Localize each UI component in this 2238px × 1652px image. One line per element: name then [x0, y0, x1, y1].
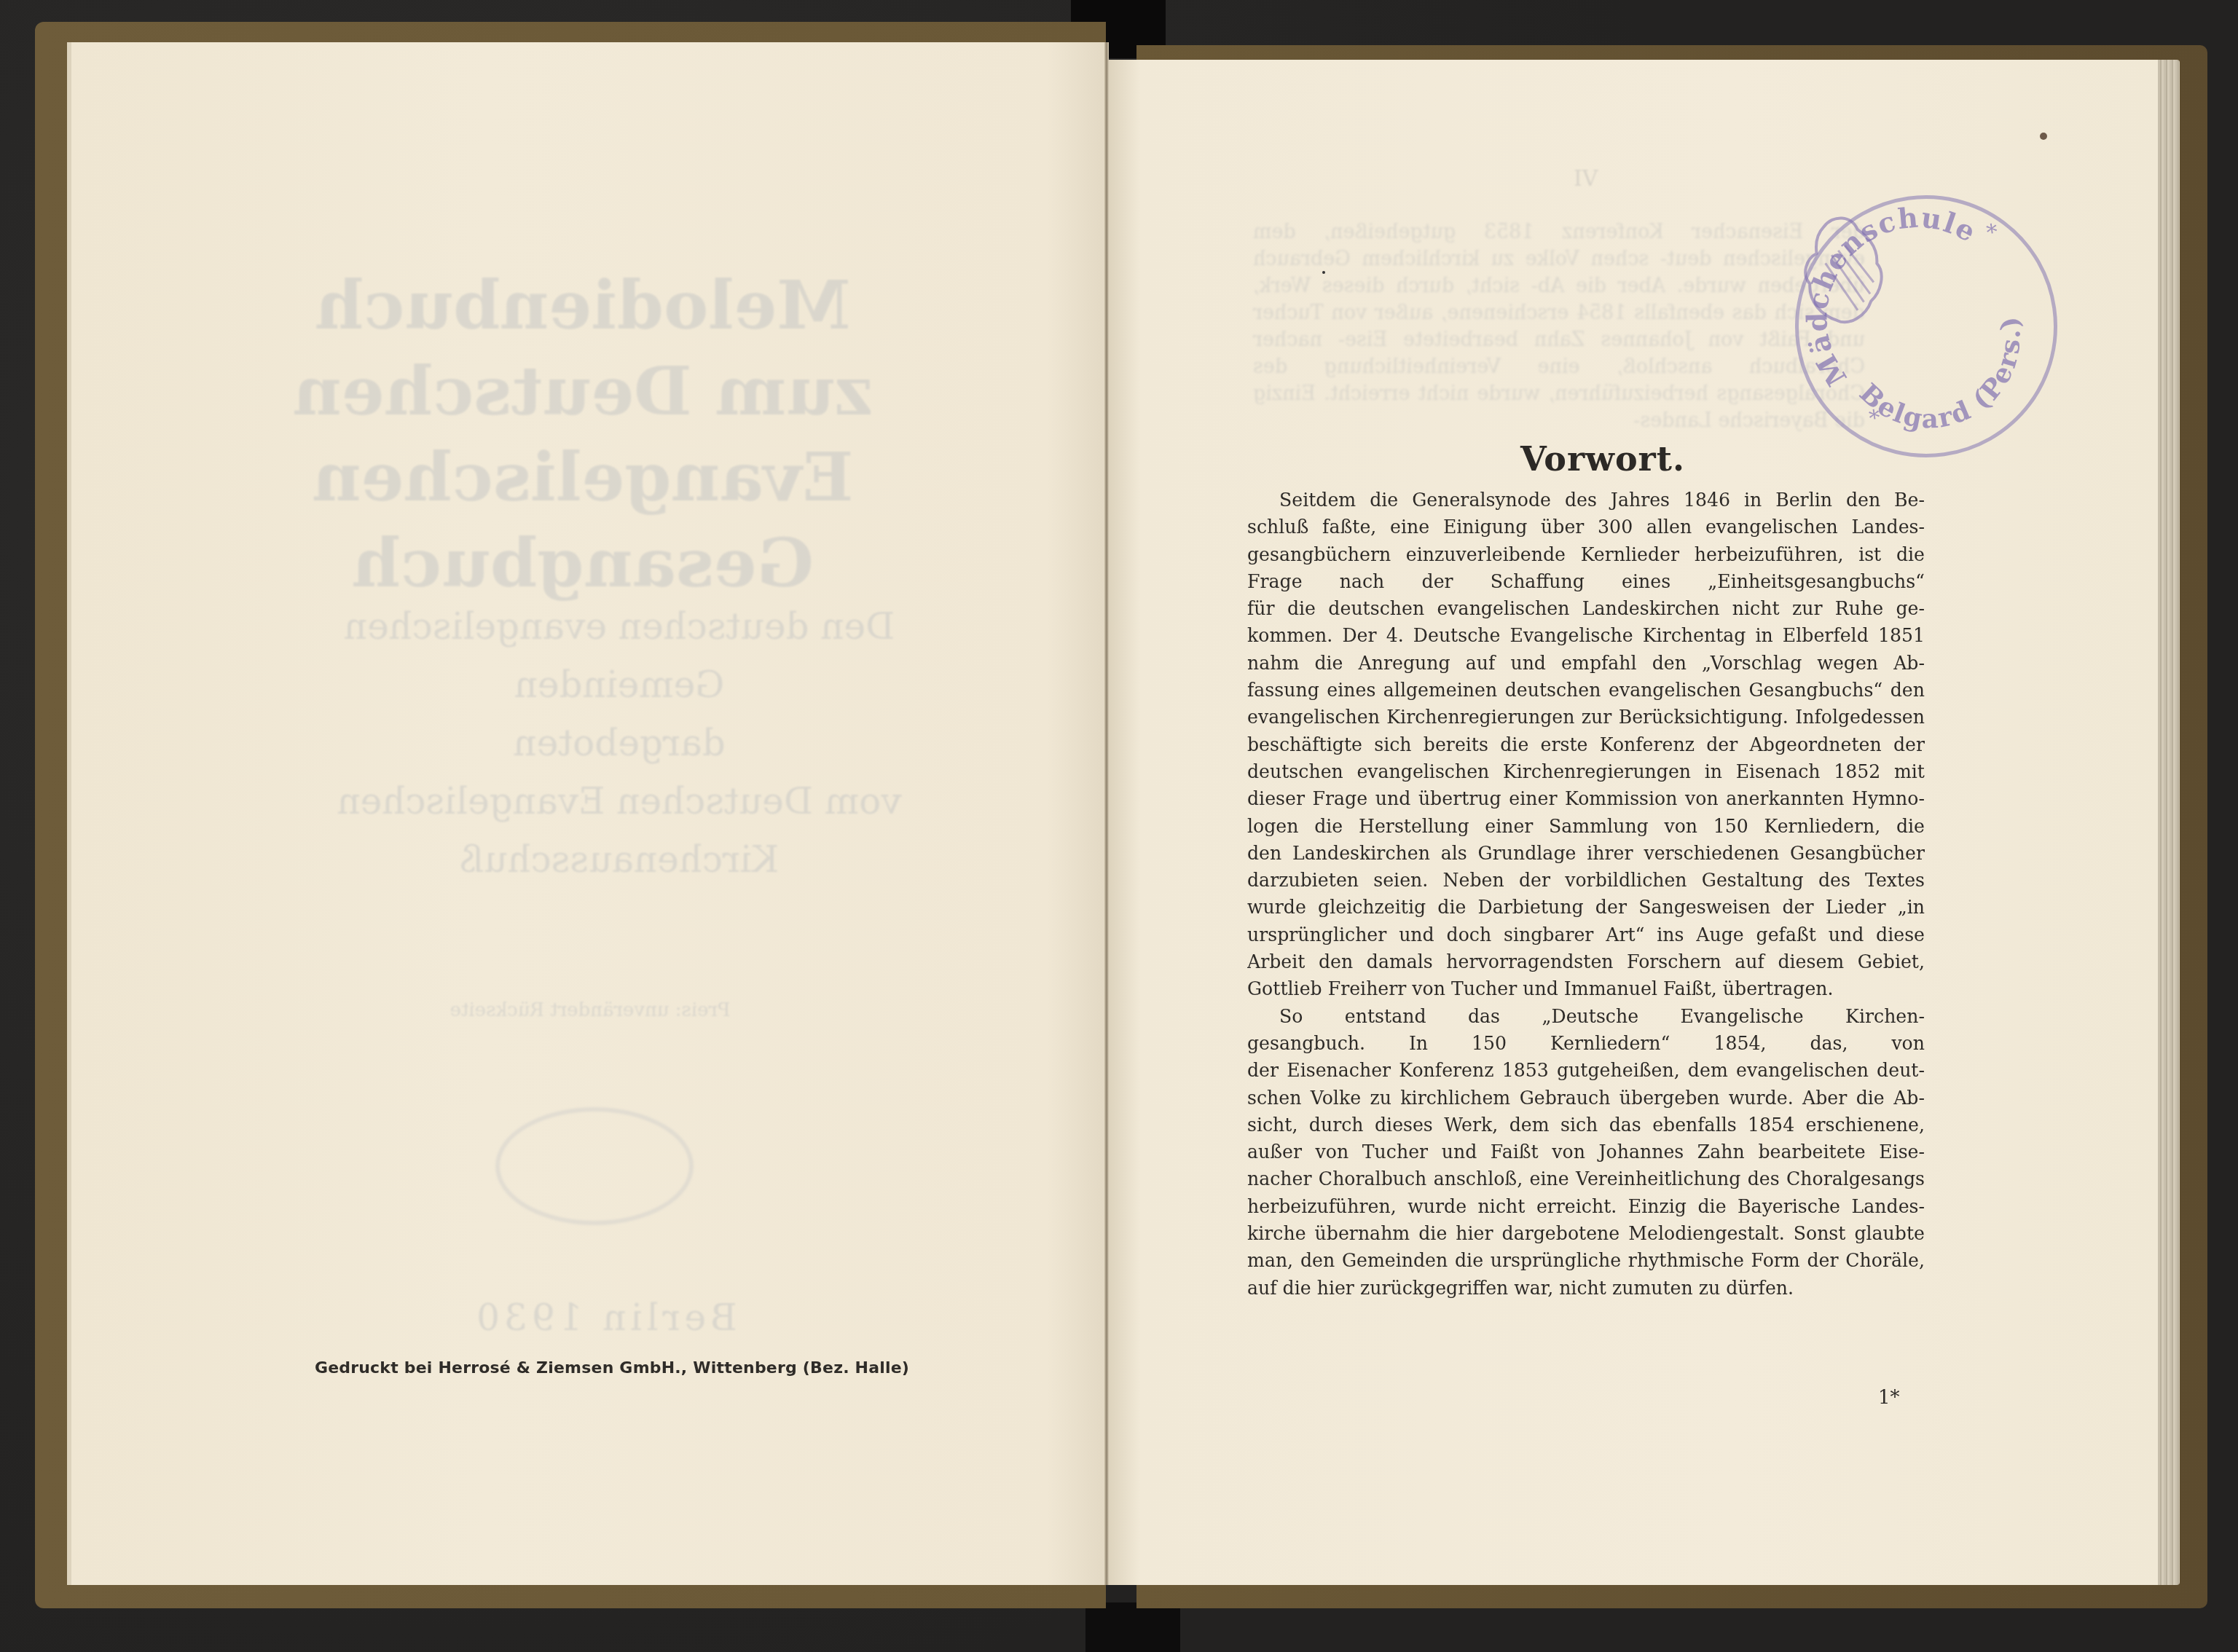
- text-line: gesangbuch. In 150 Kernliedern“ 1854, da…: [1247, 1030, 1925, 1057]
- ghost-subtitle-line: dargeboten: [291, 714, 947, 772]
- text-line: schluß faßte, eine Einigung über 300 all…: [1247, 514, 1925, 540]
- text-line: So entstand das „Deutsche Evangelische K…: [1247, 1003, 1925, 1030]
- spine-gap-bottom: [1085, 1602, 1180, 1652]
- eagle-icon: [1782, 204, 1900, 341]
- text-line: herbeizuführen, wurde nicht erreicht. Ei…: [1247, 1193, 1925, 1220]
- bleed-through-year: Berlin 1930: [437, 1297, 772, 1339]
- text-line: Arbeit den damals hervorragendsten Forsc…: [1247, 948, 1925, 975]
- text-line: schen Volke zu kirchlichem Gebrauch über…: [1247, 1085, 1925, 1112]
- text-line: ursprünglicher und doch singbarer Art“ i…: [1247, 921, 1925, 948]
- paper-speck: [1322, 271, 1325, 274]
- text-line: deutschen evangelischen Kirchenregierung…: [1247, 758, 1925, 785]
- ghost-title-line: zum Deutschen Evangelischen: [175, 348, 991, 520]
- bleed-through-title: Melodienbuch zum Deutschen Evangelischen…: [175, 262, 991, 606]
- text-line: gesangbüchern einzuverleibende Kernliede…: [1247, 541, 1925, 568]
- text-line: der Eisenacher Konferenz 1853 gutgeheiße…: [1247, 1057, 1925, 1084]
- text-line: Seitdem die Generalsynode des Jahres 184…: [1247, 487, 1925, 514]
- text-line: Frage nach der Schaffung eines „Einheits…: [1247, 568, 1925, 595]
- bleed-through-subtitle: Den deutschen evangelischen Gemeinden da…: [291, 597, 947, 889]
- ghost-subtitle-line: Kirchenausschuß: [291, 830, 947, 889]
- bleed-through-folio: IV: [1574, 166, 1598, 192]
- page-edge-stack: [2158, 60, 2180, 1585]
- bleed-through-note: Preis: unverändert Rückseite: [401, 999, 780, 1021]
- ghost-subtitle-line: vom Deutschen Evangelischen: [291, 772, 947, 830]
- text-line: dieser Frage und übertrug einer Kommissi…: [1247, 785, 1925, 812]
- ghost-subtitle-line: Den deutschen evangelischen Gemeinden: [291, 597, 947, 714]
- text-line: fassung eines allgemeinen deutschen evan…: [1247, 677, 1925, 704]
- bleed-through-text-block: der Eisenacher Konferenz 1853 gutgeheiße…: [1253, 219, 1865, 434]
- text-line: Gottlieb Freiherr von Tucher und Immanue…: [1247, 975, 1925, 1002]
- text-line: außer von Tucher und Faißt von Johannes …: [1247, 1138, 1925, 1165]
- text-line: nacher Choralbuch anschloß, eine Vereinh…: [1247, 1165, 1925, 1192]
- text-line: wurde gleichzeitig die Darbietung der Sa…: [1247, 894, 1925, 921]
- paragraph-1: Seitdem die Generalsynode des Jahres 184…: [1247, 487, 1925, 1003]
- bleed-through-library-stamp: [495, 1107, 694, 1225]
- ghost-title-line: Melodienbuch: [175, 262, 991, 348]
- preface-body: Seitdem die Generalsynode des Jahres 184…: [1247, 487, 1925, 1302]
- text-line: logen die Herstellung einer Sammlung von…: [1247, 813, 1925, 840]
- page-number: 1*: [1878, 1387, 1900, 1409]
- page-heading: Vorwort.: [1238, 439, 1967, 479]
- text-line: kirche übernahm die hier dargebotene Mel…: [1247, 1220, 1925, 1247]
- paragraph-2: So entstand das „Deutsche Evangelische K…: [1247, 1003, 1925, 1302]
- text-line: auf die hier zurückgegriffen war, nicht …: [1247, 1275, 1925, 1302]
- stamp-star: *: [1985, 219, 2000, 246]
- text-line: man, den Gemeinden die ursprüngliche rhy…: [1247, 1247, 1925, 1274]
- ghost-title-line: Gesangbuch: [175, 520, 991, 606]
- text-line: darzubieten seien. Neben der vorbildlich…: [1247, 867, 1925, 894]
- printer-imprint: Gedruckt bei Herrosé & Ziemsen GmbH., Wi…: [306, 1359, 918, 1377]
- library-stamp: Mädchenschule Belgard (Pers.) * *: [1778, 178, 2075, 475]
- text-line: sicht, durch dieses Werk, dem sich das e…: [1247, 1112, 1925, 1138]
- text-line: kommen. Der 4. Deutsche Evangelische Kir…: [1247, 622, 1925, 649]
- text-line: nahm die Anregung auf und empfahl den „V…: [1247, 650, 1925, 677]
- text-line: evangelischen Kirchenregierungen zur Ber…: [1247, 704, 1925, 731]
- text-line: beschäftigte sich bereits die erste Konf…: [1247, 731, 1925, 758]
- paper-speck: [2040, 133, 2047, 140]
- text-line: den Landeskirchen als Grundlage ihrer ve…: [1247, 840, 1925, 867]
- text-line: für die deutschen evangelischen Landeski…: [1247, 595, 1925, 622]
